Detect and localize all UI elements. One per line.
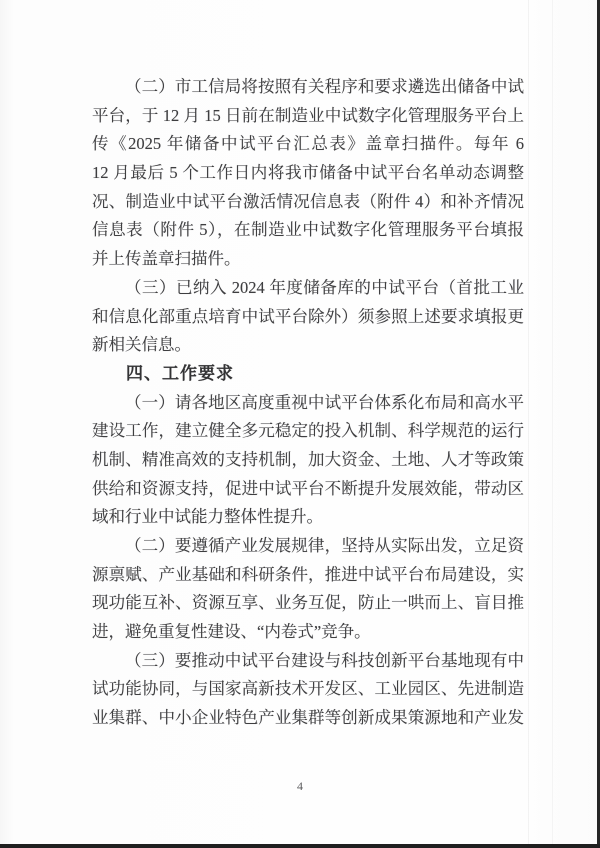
text-line: 信息表（附件 5），在制造业中试数字化管理服务平台填报	[92, 216, 524, 245]
text-line: 试功能协同，与国家高新技术开发区、工业园区、先进制造	[92, 675, 524, 704]
scan-edge-bottom	[0, 844, 600, 848]
text-line: 和信息化部重点培育中试平台除外）须参照上述要求填报更	[92, 303, 524, 332]
text-line: 机制、精准高效的支持机制，加大资金、土地、人才等政策	[92, 446, 524, 475]
page-number: 4	[0, 779, 600, 794]
text-line: 新相关信息。	[92, 331, 524, 360]
text-line: （三）要推动中试平台建设与科技创新平台基地现有中	[92, 647, 524, 676]
text-line: 供给和资源支持，促进中试平台不断提升发展效能，带动区	[92, 475, 524, 504]
text-line: 建设工作，建立健全多元稳定的投入机制、科学规范的运行	[92, 417, 524, 446]
text-line: （三）已纳入 2024 年度储备库的中试平台（首批工业	[92, 274, 524, 303]
text-line: 传《2025 年储备中试平台汇总表》盖章扫描件。每年 6 月、	[92, 130, 524, 159]
text-line: （一）请各地区高度重视中试平台体系化布局和高水平	[92, 389, 524, 418]
text-line: （二）市工信局将按照有关程序和要求遴选出储备中试	[92, 73, 524, 102]
document-body: （二）市工信局将按照有关程序和要求遴选出储备中试 平台，于 12 月 15 日前…	[92, 73, 524, 733]
scanned-document-page: （二）市工信局将按照有关程序和要求遴选出储备中试 平台，于 12 月 15 日前…	[0, 0, 600, 848]
text-line: 12 月最后 5 个工作日内将我市储备中试平台名单动态调整情	[92, 159, 524, 188]
text-line: 业集群、中小企业特色产业集群等创新成果策源地和产业发	[92, 704, 524, 733]
text-line: 并上传盖章扫描件。	[92, 245, 524, 274]
scan-artifact-line	[528, 0, 529, 848]
text-line: 现功能互补、资源互享、业务互促，防止一哄而上、盲目推	[92, 589, 524, 618]
text-line: 况、制造业中试平台激活情况信息表（附件 4）和补齐情况	[92, 188, 524, 217]
scan-artifact-line	[552, 0, 553, 848]
section-heading: 四、工作要求	[92, 360, 524, 389]
text-line: （二）要遵循产业发展规律，坚持从实际出发，立足资	[92, 532, 524, 561]
text-line: 进，避免重复性建设、“内卷式”竞争。	[92, 618, 524, 647]
text-line: 域和行业中试能力整体性提升。	[92, 503, 524, 532]
text-line: 平台，于 12 月 15 日前在制造业中试数字化管理服务平台上	[92, 102, 524, 131]
text-line: 源禀赋、产业基础和科研条件，推进中试平台布局建设，实	[92, 561, 524, 590]
